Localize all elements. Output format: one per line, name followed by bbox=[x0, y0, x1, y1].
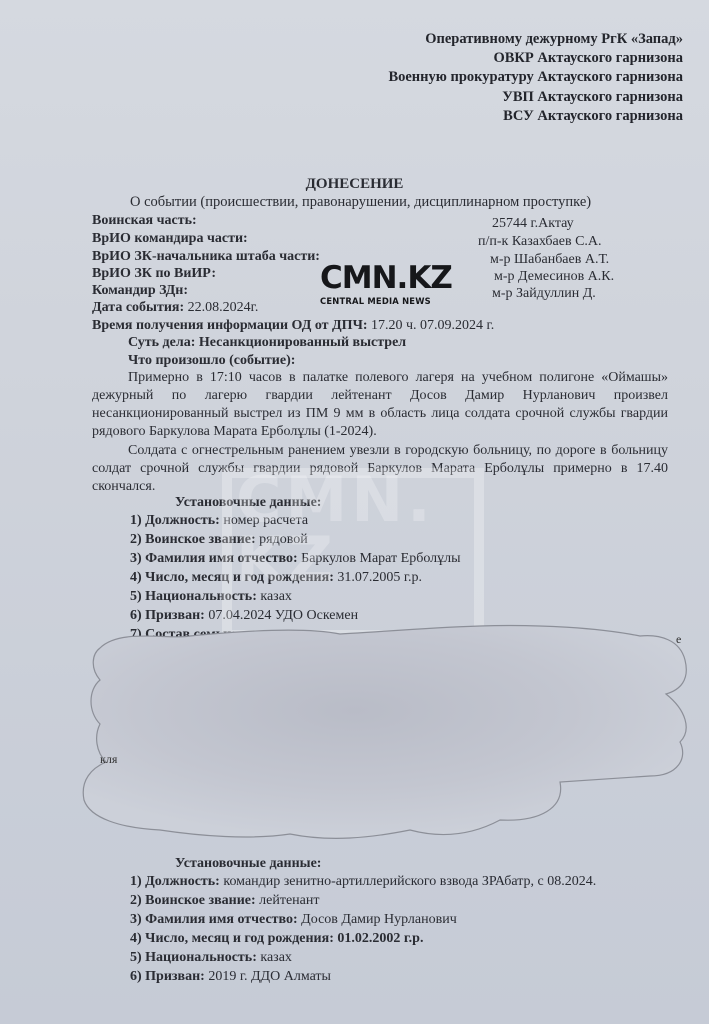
redaction-cloud bbox=[0, 0, 709, 1024]
item-value: Досов Дамир Нурланович bbox=[301, 912, 457, 927]
item-value: лейтенант bbox=[259, 893, 319, 908]
item-number: 2) bbox=[130, 893, 142, 908]
item-value: 01.02.2002 г.р. bbox=[337, 931, 423, 946]
cmn-logo-watermark: CMN.KZ CENTRAL MEDIA NEWS bbox=[320, 262, 454, 310]
data-list-item: 6) Призван: 2019 г. ДДО Алматы bbox=[130, 967, 596, 986]
item-label: Национальность: bbox=[145, 950, 257, 965]
data-list-item: 1) Должность: командир зенитно-артиллери… bbox=[130, 872, 596, 891]
data-list-item: 5) Национальность: казах bbox=[130, 948, 596, 967]
redacted-fragment-left: кля bbox=[100, 752, 117, 767]
item-value: казах bbox=[260, 950, 292, 965]
item-number: 6) bbox=[130, 969, 142, 984]
item-label: Должность: bbox=[145, 874, 220, 889]
item-label: Фамилия имя отчество: bbox=[145, 912, 298, 927]
cmn-logo-tagline: CENTRAL MEDIA NEWS bbox=[320, 296, 454, 306]
item-number: 5) bbox=[130, 950, 142, 965]
item-label: Число, месяц и год рождения: bbox=[145, 931, 334, 946]
item-value: командир зенитно-артиллерийского взвода … bbox=[223, 874, 596, 889]
item-value: 2019 г. ДДО Алматы bbox=[208, 969, 331, 984]
data-list-item: 2) Воинское звание: лейтенант bbox=[130, 891, 596, 910]
suspect-data-heading: Установочные данные: bbox=[175, 855, 321, 873]
cmn-logo-text: CMN.KZ bbox=[320, 262, 454, 294]
suspect-data-list: 1) Должность: командир зенитно-артиллери… bbox=[130, 872, 596, 986]
item-number: 4) bbox=[130, 931, 142, 946]
data-list-item: 3) Фамилия имя отчество: Досов Дамир Нур… bbox=[130, 910, 596, 929]
item-label: Призван: bbox=[145, 969, 205, 984]
item-number: 3) bbox=[130, 912, 142, 927]
redacted-fragment-right: е bbox=[676, 632, 681, 647]
data-list-item: 4) Число, месяц и год рождения: 01.02.20… bbox=[130, 929, 596, 948]
item-number: 1) bbox=[130, 874, 142, 889]
item-label: Воинское звание: bbox=[145, 893, 255, 908]
